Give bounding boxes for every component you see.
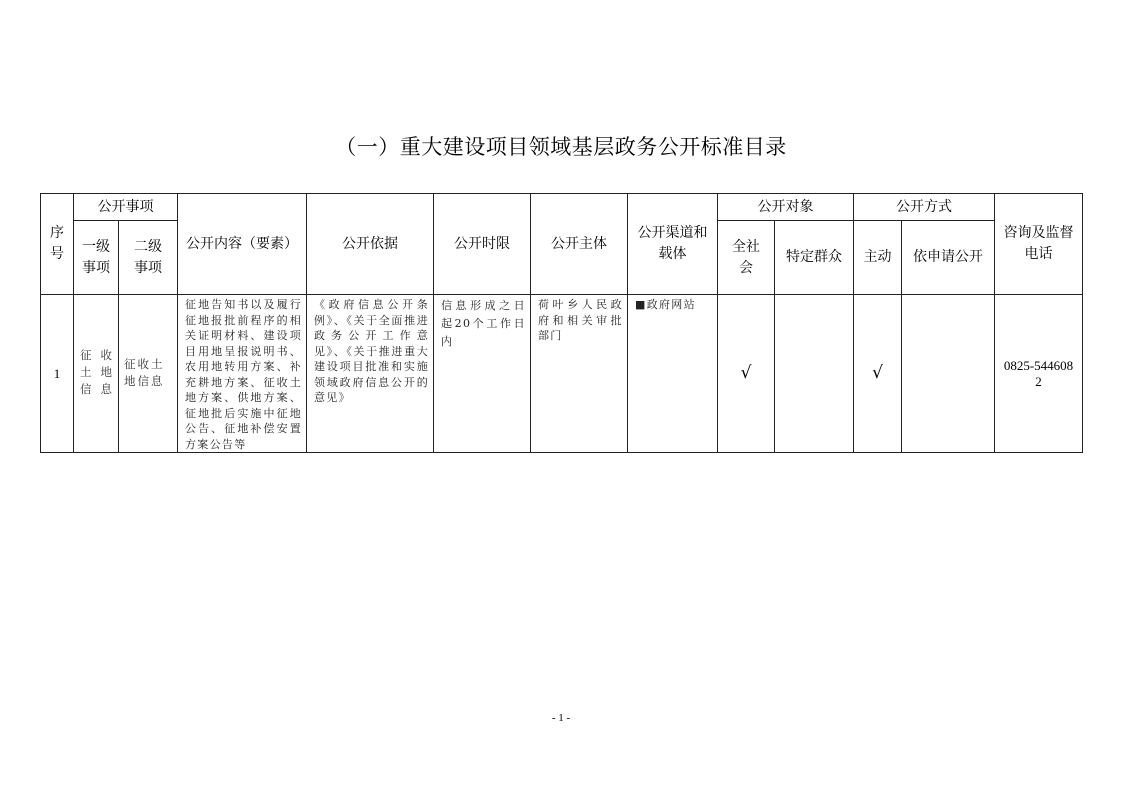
header-subject: 公开主体 bbox=[531, 194, 628, 295]
header-level2: 二级事项 bbox=[119, 221, 178, 295]
standard-catalog-table: 序号 公开事项 公开内容（要素） 公开依据 公开时限 公开主体 公开渠道和载体 … bbox=[40, 193, 1083, 453]
cell-content: 征地告知书以及履行征地报批前程序的相关证明材料、建设项目用地呈报说明书、农用地转… bbox=[178, 295, 307, 453]
cell-time-limit: 信息形成之日起20个工作日内 bbox=[434, 295, 531, 453]
header-method-group: 公开方式 bbox=[854, 194, 995, 221]
cell-method-active-check: √ bbox=[854, 295, 902, 453]
header-item-group: 公开事项 bbox=[74, 194, 178, 221]
header-channel: 公开渠道和载体 bbox=[628, 194, 718, 295]
cell-audience-specific bbox=[775, 295, 854, 453]
cell-level2: 征收土地信息 bbox=[119, 295, 178, 453]
header-basis: 公开依据 bbox=[307, 194, 434, 295]
header-method-request: 依申请公开 bbox=[902, 221, 995, 295]
cell-basis: 《政府信息公开条例》、《关于全面推进政务公开工作意见》、《关于推进重大建设项目批… bbox=[307, 295, 434, 453]
header-seq: 序号 bbox=[41, 194, 74, 295]
header-content: 公开内容（要素） bbox=[178, 194, 307, 295]
header-row-1: 序号 公开事项 公开内容（要素） 公开依据 公开时限 公开主体 公开渠道和载体 … bbox=[41, 194, 1083, 221]
header-audience-specific: 特定群众 bbox=[775, 221, 854, 295]
header-method-active: 主动 bbox=[854, 221, 902, 295]
cell-level1: 征收土地信息 bbox=[74, 295, 119, 453]
header-time-limit: 公开时限 bbox=[434, 194, 531, 295]
cell-contact-phone: 0825-5446082 bbox=[995, 295, 1083, 453]
cell-method-request bbox=[902, 295, 995, 453]
cell-audience-all-check: √ bbox=[718, 295, 775, 453]
header-contact: 咨询及监督电话 bbox=[995, 194, 1083, 295]
table-row: 1 征收土地信息 征收土地信息 征地告知书以及履行征地报批前程序的相关证明材料、… bbox=[41, 295, 1083, 453]
header-audience-group: 公开对象 bbox=[718, 194, 854, 221]
document-title: （一）重大建设项目领域基层政务公开标准目录 bbox=[0, 131, 1122, 161]
page-number: - 1 - bbox=[0, 712, 1122, 724]
cell-channel: ■政府网站 bbox=[628, 295, 718, 453]
cell-subject: 荷叶乡人民政府和相关审批部门 bbox=[531, 295, 628, 453]
header-level1: 一级事项 bbox=[74, 221, 119, 295]
header-audience-all: 全社会 bbox=[718, 221, 775, 295]
cell-seq: 1 bbox=[41, 295, 74, 453]
